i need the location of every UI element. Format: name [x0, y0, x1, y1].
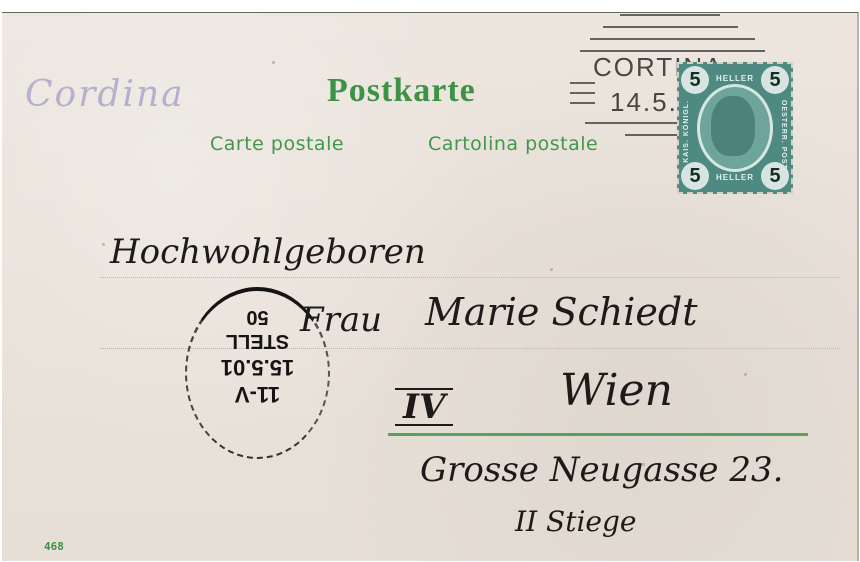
paper-speck [272, 61, 275, 64]
emperor-portrait-icon [711, 96, 755, 156]
address-name: Marie Schiedt [425, 290, 697, 334]
paper-speck [102, 243, 105, 246]
stamp-side-left: KAIS. KÖNIGL. [683, 100, 690, 163]
pencil-note: Cordina [25, 74, 185, 115]
address-district: IV [395, 388, 453, 426]
paper-speck [550, 268, 553, 271]
paper-speck [744, 373, 747, 376]
stamp-side-right: OESTERR. POST [780, 100, 787, 170]
address-salutation: Hochwohlgeboren [110, 232, 426, 272]
stamp-value: 5 [761, 162, 789, 190]
postmark-date: 15.5.01 [187, 353, 328, 381]
address-city: Wien [560, 365, 673, 416]
stamp-value: 5 [761, 66, 789, 94]
subtitle-french: Carte postale [210, 133, 344, 155]
address-guide-line [100, 277, 840, 278]
address-stair: II Stiege [515, 505, 636, 538]
postmark-line: 11-V [187, 381, 328, 407]
postage-stamp: HELLER HELLER KAIS. KÖNIGL. OESTERR. POS… [677, 62, 793, 194]
stamp-value: 5 [681, 162, 709, 190]
print-number: 468 [44, 540, 64, 553]
postcard-title: Postkarte [327, 72, 476, 110]
stamp-value: 5 [681, 66, 709, 94]
address-prefix: Frau [300, 300, 382, 340]
address-guide-line-green [388, 433, 808, 436]
address-street: Grosse Neugasse 23. [420, 450, 783, 490]
